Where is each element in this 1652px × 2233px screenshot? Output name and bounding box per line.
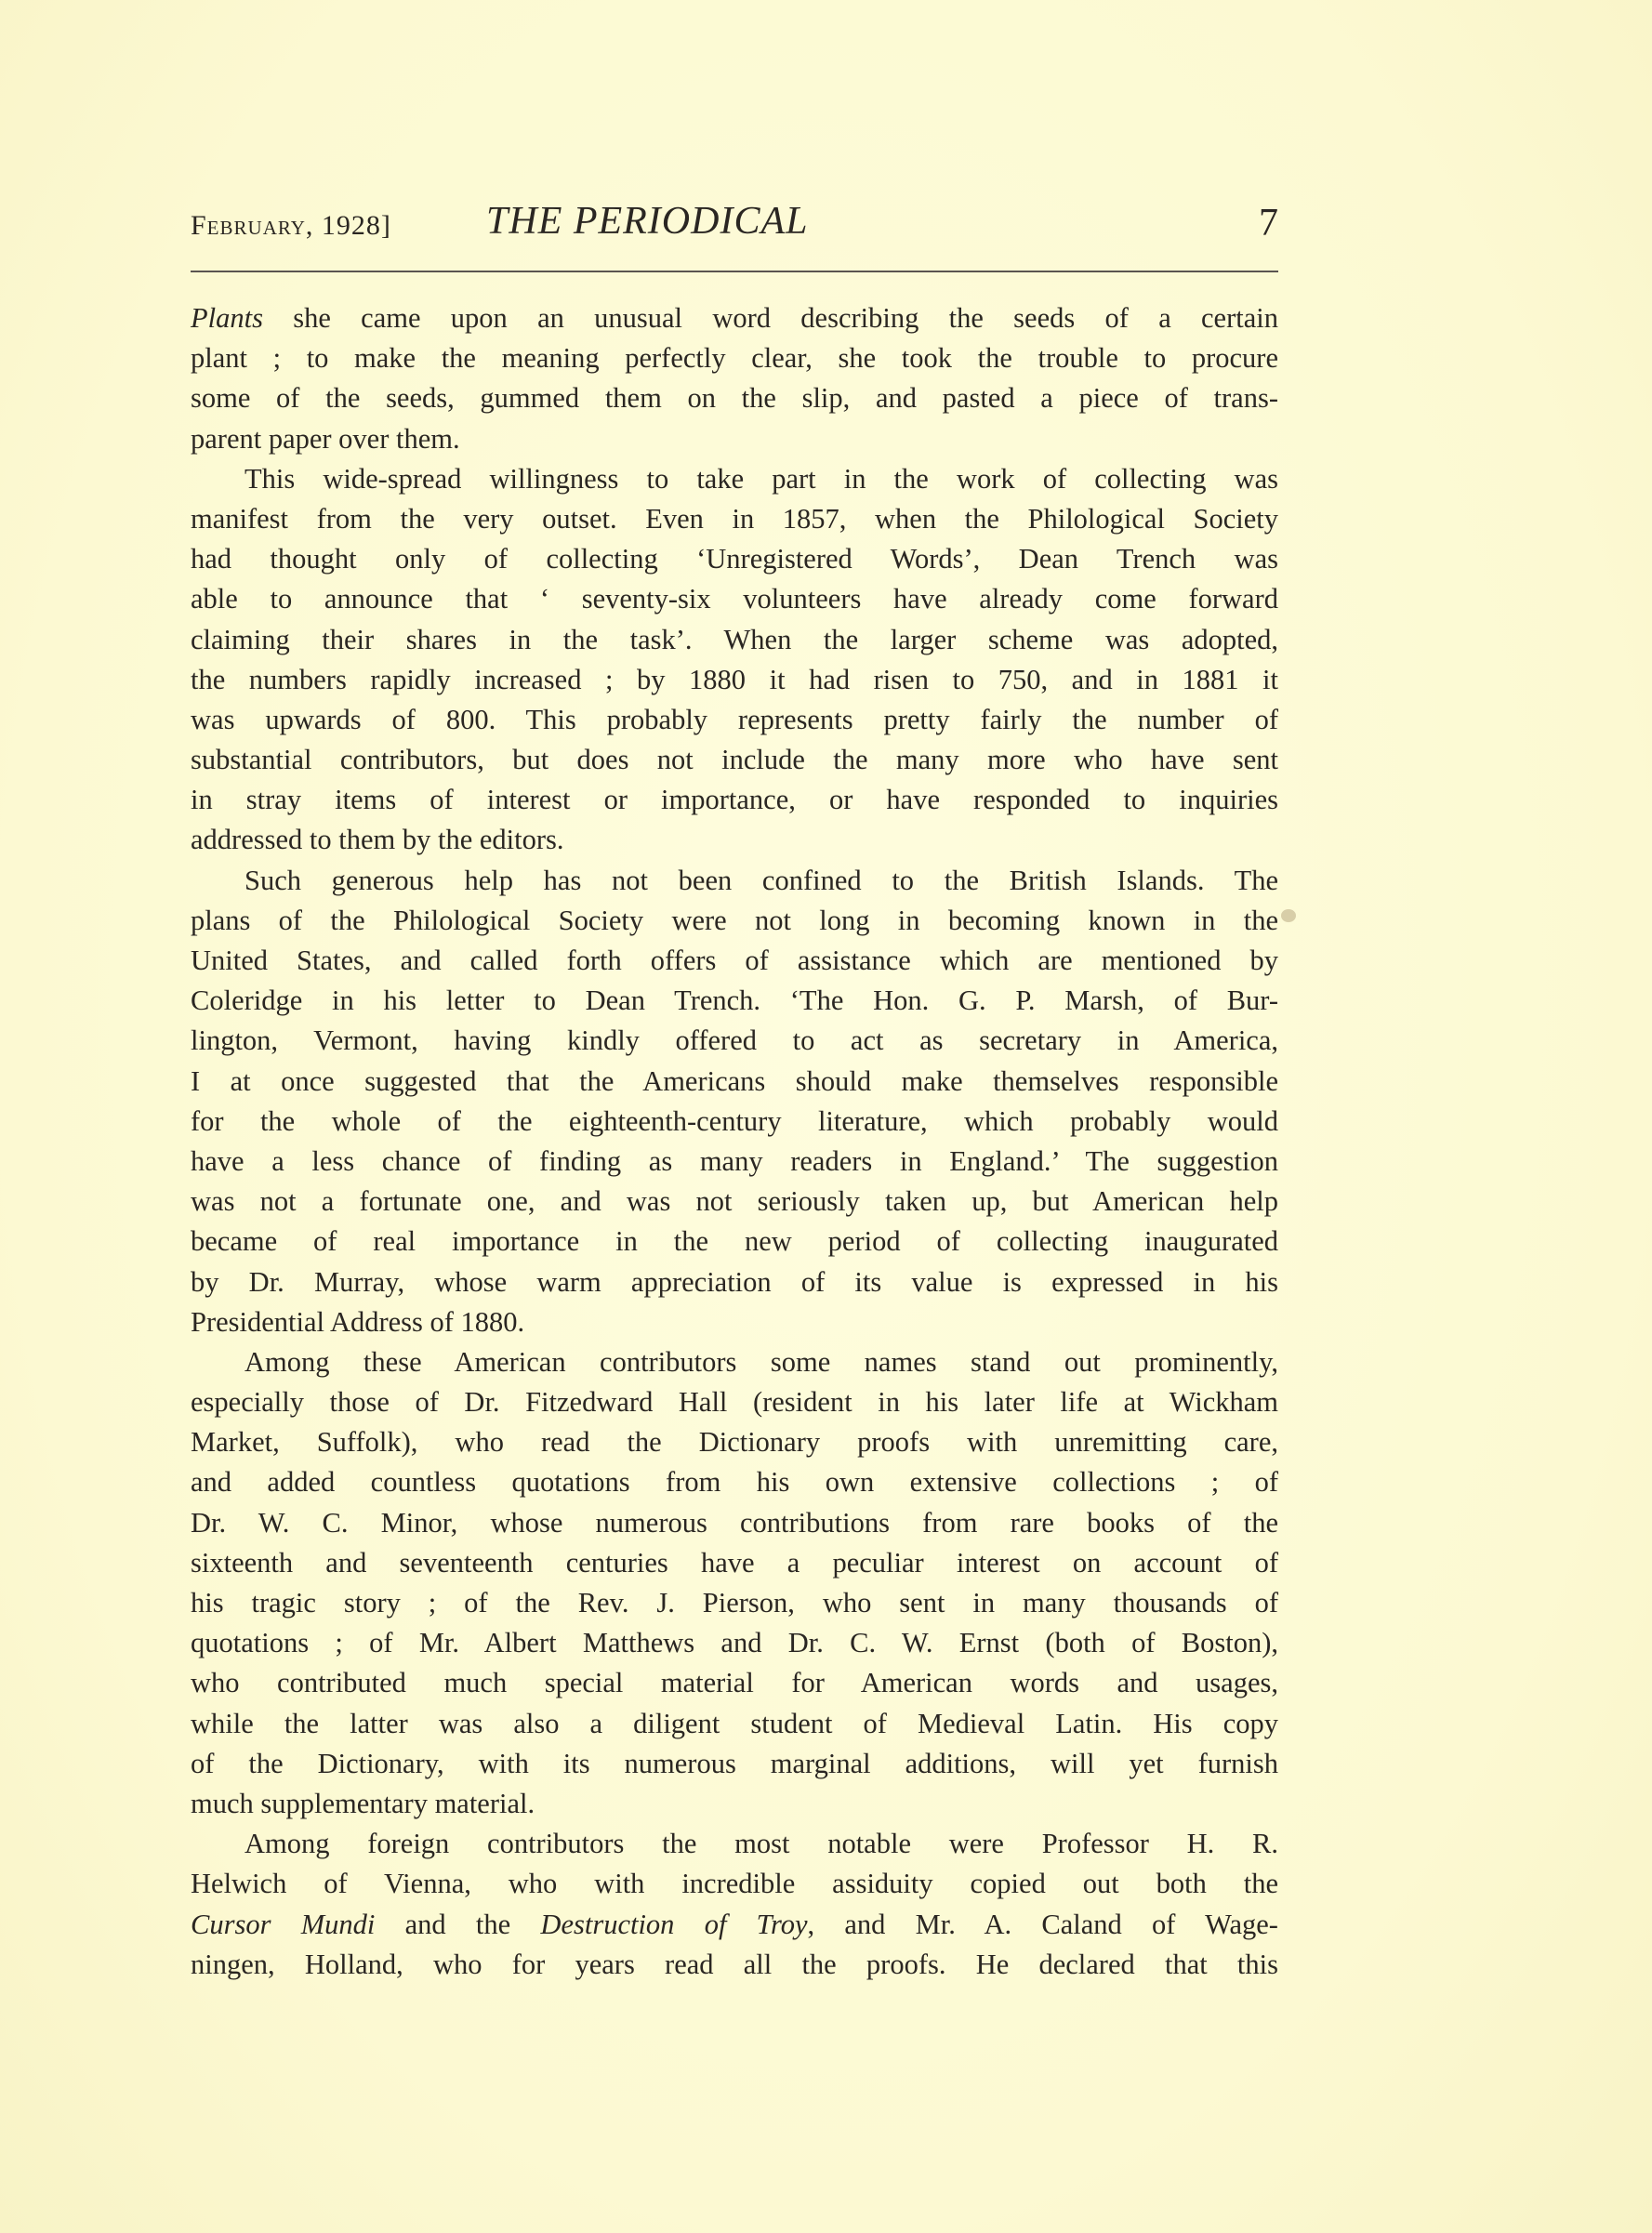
text-line: had thought only of collecting ‘Unregist… <box>191 539 1278 579</box>
text-line: plans of the Philological Society were n… <box>191 901 1278 941</box>
text-line: Market, Suffolk), who read the Dictionar… <box>191 1422 1278 1462</box>
text-line: especially those of Dr. Fitzedward Hall … <box>191 1382 1278 1422</box>
article-body: Plants she came upon an unusual word des… <box>191 298 1278 1985</box>
text-line: parent paper over them. <box>191 419 1278 459</box>
text-line: Plants she came upon an unusual word des… <box>191 298 1278 338</box>
text-line: Helwich of Vienna, who with incredible a… <box>191 1864 1278 1904</box>
paragraph-start-line: Among foreign contributors the most nota… <box>191 1824 1278 1864</box>
text-line: of the Dictionary, with its numerous mar… <box>191 1744 1278 1784</box>
page-header: February, 1928] THE PERIODICAL 7 <box>191 197 1278 253</box>
page-number: 7 <box>1259 201 1278 245</box>
journal-title: THE PERIODICAL <box>486 199 808 244</box>
text-line: able to announce that ‘ seventy-six volu… <box>191 579 1278 619</box>
text-line: by Dr. Murray, whose warm appreciation o… <box>191 1262 1278 1302</box>
text-line: Presidential Address of 1880. <box>191 1302 1278 1342</box>
text-line: in stray items of interest or importance… <box>191 780 1278 820</box>
text-line: for the whole of the eighteenth-century … <box>191 1102 1278 1142</box>
book-page: February, 1928] THE PERIODICAL 7 Plants … <box>0 0 1652 2233</box>
text-line: who contributed much special material fo… <box>191 1663 1278 1703</box>
text-line: ningen, Holland, who for years read all … <box>191 1945 1278 1985</box>
text-line: while the latter was also a diligent stu… <box>191 1704 1278 1744</box>
italic-title-plants: Plants <box>191 302 263 334</box>
line-text: , and Mr. A. Caland of Wage- <box>807 1909 1277 1940</box>
text-line: the numbers rapidly increased ; by 1880 … <box>191 660 1278 700</box>
header-rule <box>191 271 1278 272</box>
text-line: I at once suggested that the Americans s… <box>191 1062 1278 1102</box>
text-line: and added countless quotations from his … <box>191 1462 1278 1502</box>
text-line: was upwards of 800. This probably repres… <box>191 700 1278 740</box>
text-line: Dr. W. C. Minor, whose numerous contribu… <box>191 1503 1278 1543</box>
line-text: she came upon an unusual word describing… <box>263 302 1278 334</box>
text-line: Coleridge in his letter to Dean Trench. … <box>191 981 1278 1021</box>
text-line: claiming their shares in the task’. When… <box>191 620 1278 660</box>
text-line: his tragic story ; of the Rev. J. Pierso… <box>191 1583 1278 1623</box>
italic-title-destruction-of-troy: Destruction of Troy <box>540 1909 807 1940</box>
text-line: manifest from the very outset. Even in 1… <box>191 499 1278 539</box>
italic-title-cursor-mundi: Cursor Mundi <box>191 1909 375 1940</box>
running-head-date: February, 1928] <box>191 210 391 242</box>
text-line: substantial contributors, but does not i… <box>191 740 1278 780</box>
text-line: United States, and called forth offers o… <box>191 941 1278 981</box>
text-line: Cursor Mundi and the Destruction of Troy… <box>191 1905 1278 1945</box>
paragraph-start-line: Such generous help has not been confined… <box>191 861 1278 901</box>
text-line: much supplementary material. <box>191 1784 1278 1824</box>
paper-stain <box>1281 909 1296 922</box>
text-line: plant ; to make the meaning perfectly cl… <box>191 338 1278 378</box>
paragraph-start-line: This wide-spread willingness to take par… <box>191 459 1278 499</box>
text-line: lington, Vermont, having kindly offered … <box>191 1021 1278 1061</box>
text-line: was not a fortunate one, and was not ser… <box>191 1182 1278 1222</box>
line-text: and the <box>375 1909 540 1940</box>
text-line: quotations ; of Mr. Albert Matthews and … <box>191 1623 1278 1663</box>
text-line: addressed to them by the editors. <box>191 820 1278 860</box>
paragraph-start-line: Among these American contributors some n… <box>191 1342 1278 1382</box>
text-line: some of the seeds, gummed them on the sl… <box>191 378 1278 418</box>
text-line: became of real importance in the new per… <box>191 1222 1278 1262</box>
text-line: have a less chance of finding as many re… <box>191 1142 1278 1182</box>
text-line: sixteenth and seventeenth centuries have… <box>191 1543 1278 1583</box>
